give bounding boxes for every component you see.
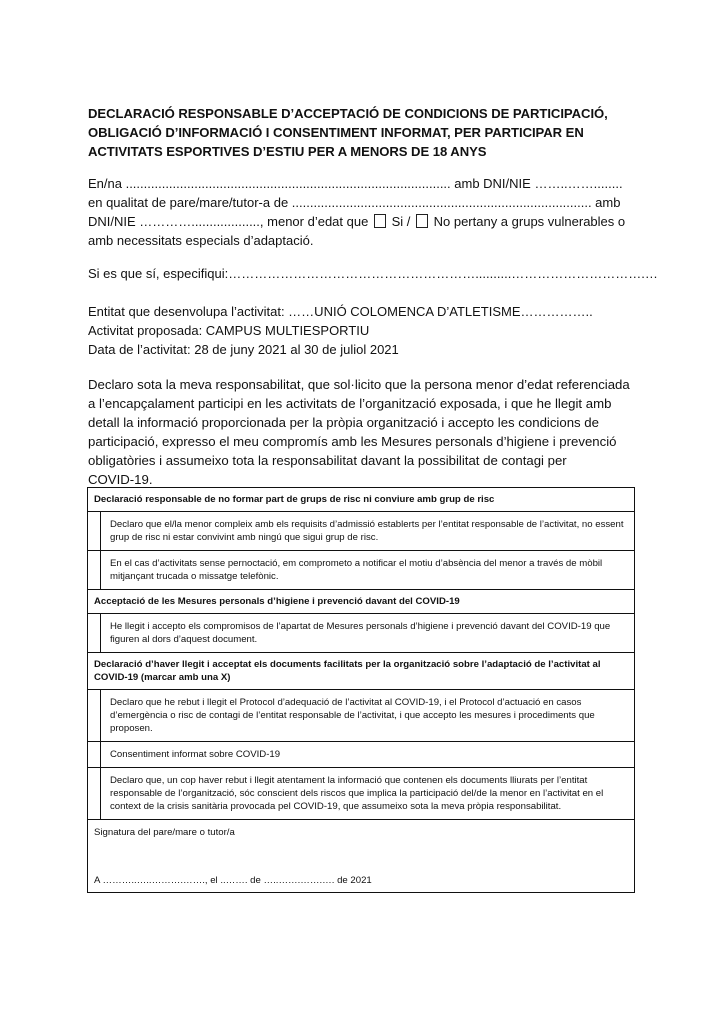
table-row: Declaro que, un cop haver rebut i llegit…	[88, 768, 635, 820]
table-row: Declaro que el/la menor compleix amb els…	[88, 512, 635, 551]
name-line[interactable]: En/na ..................................…	[88, 174, 625, 193]
document-title: DECLARACIÓ RESPONSABLE D’ACCEPTACIÓ DE C…	[88, 104, 648, 161]
no-label: No pertany a grups vulnerables o	[434, 214, 626, 229]
section-heading-documents: Declaració d’haver llegit i acceptat els…	[88, 653, 635, 690]
table-row: Declaro que he rebut i llegit el Protoco…	[88, 690, 635, 742]
yes-checkbox[interactable]	[374, 214, 386, 228]
declaration-line: Declaro sota la meva responsabilitat, qu…	[88, 375, 630, 394]
no-checkbox[interactable]	[416, 214, 428, 228]
title-line: ACTIVITATS ESPORTIVES D’ESTIU PER A MENO…	[88, 142, 648, 161]
item-text: Declaro que, un cop haver rebut i llegit…	[101, 768, 635, 820]
declaration-line: participació, expresso el meu compromís …	[88, 432, 630, 451]
dni-field[interactable]: DNI/NIE …………..................., menor d…	[88, 214, 368, 229]
activity-line: Activitat proposada: CAMPUS MULTIESPORTI…	[88, 321, 593, 340]
table-row: He llegit i accepto els compromisos de l…	[88, 614, 635, 653]
declaration-line: a l’encapçalament participi en les activ…	[88, 394, 630, 413]
item-text: En el cas d’activitats sense pernoctació…	[101, 551, 635, 590]
guardian-line[interactable]: en qualitat de pare/mare/tutor-a de ....…	[88, 193, 625, 212]
activity-section: Entitat que desenvolupa l’activitat: ……U…	[88, 302, 593, 359]
item-text: Declaro que he rebut i llegit el Protoco…	[101, 690, 635, 742]
table-row: En el cas d’activitats sense pernoctació…	[88, 551, 635, 590]
section-heading-risk-group: Declaració responsable de no formar part…	[88, 488, 635, 512]
checkbox-cell[interactable]	[88, 690, 101, 742]
title-line: DECLARACIÓ RESPONSABLE D’ACCEPTACIÓ DE C…	[88, 104, 648, 123]
checkbox-cell[interactable]	[88, 768, 101, 820]
declaration-table: Declaració responsable de no formar part…	[87, 487, 635, 893]
yes-label: Si /	[392, 214, 411, 229]
declaration-line: obligatòries i assumeixo tota la respons…	[88, 451, 630, 470]
identity-section: En/na ..................................…	[88, 174, 625, 250]
signature-box[interactable]: Signatura del pare/mare o tutor/a A ……….…	[88, 820, 635, 893]
checkbox-cell[interactable]	[88, 512, 101, 551]
needs-line: amb necessitats especials d’adaptació.	[88, 231, 625, 250]
item-text: He llegit i accepto els compromisos de l…	[101, 614, 635, 653]
item-text: Consentiment informat sobre COVID-19	[101, 742, 635, 768]
date-line: Data de l’activitat: 28 de juny 2021 al …	[88, 340, 593, 359]
section-heading-hygiene: Acceptació de les Mesures personals d’hi…	[88, 590, 635, 614]
signature-label: Signatura del pare/mare o tutor/a	[94, 826, 628, 839]
checkbox-cell[interactable]	[88, 742, 101, 768]
signature-place-date[interactable]: A ………..…..……….……., el ..……. de …..…….…….…	[94, 874, 372, 887]
vulnerable-line: DNI/NIE …………..................., menor d…	[88, 212, 625, 231]
table-row: Consentiment informat sobre COVID-19	[88, 742, 635, 768]
checkbox-cell[interactable]	[88, 551, 101, 590]
declaration-line: detall la informació proporcionada per l…	[88, 413, 630, 432]
specify-field[interactable]: Si es que sí, especifiqui:………………………………………	[88, 264, 658, 283]
declaration-paragraph: Declaro sota la meva responsabilitat, qu…	[88, 375, 630, 489]
item-text: Declaro que el/la menor compleix amb els…	[101, 512, 635, 551]
checkbox-cell[interactable]	[88, 614, 101, 653]
entity-line: Entitat que desenvolupa l’activitat: ……U…	[88, 302, 593, 321]
title-line: OBLIGACIÓ D’INFORMACIÓ I CONSENTIMENT IN…	[88, 123, 648, 142]
